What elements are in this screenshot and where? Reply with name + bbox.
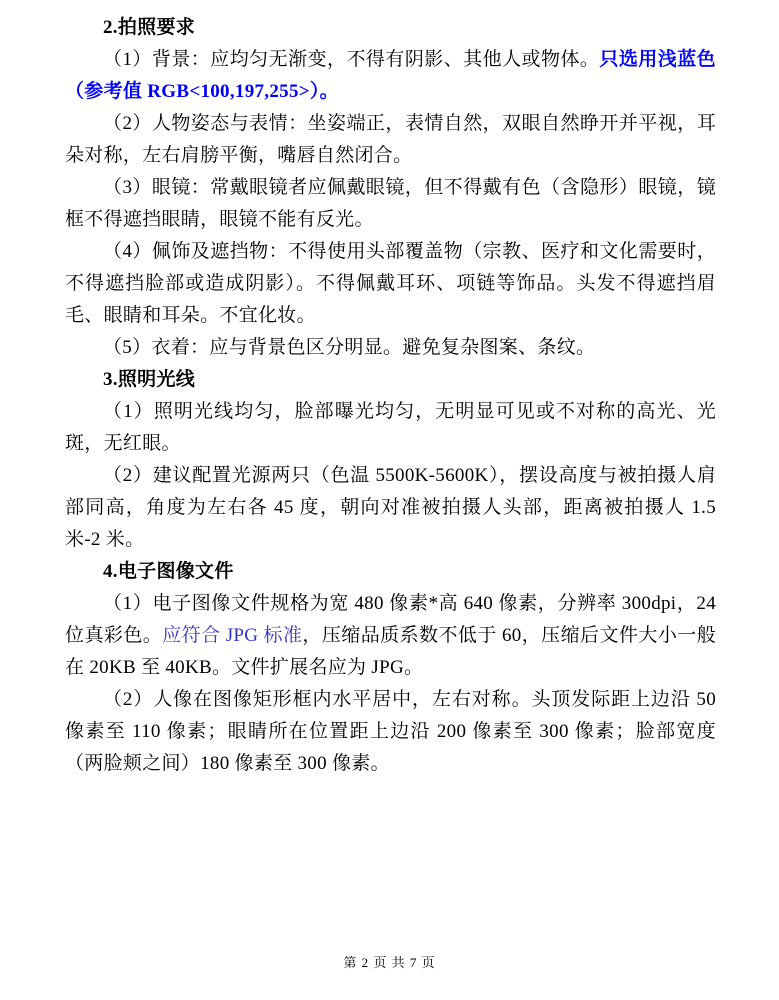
text-run: （3）眼镜：常戴眼镜者应佩戴眼镜，但不得戴有色（含隐形）眼镜，镜框不得遮挡眼睛，…: [65, 177, 716, 230]
text-run: （2）人像在图像矩形框内水平居中，左右对称。头顶发际距上边沿 50 像素至 11…: [65, 689, 716, 774]
paragraph: （2）人物姿态与表情：坐姿端正，表情自然，双眼自然睁开并平视，耳朵对称，左右肩膀…: [65, 108, 716, 172]
paragraph: （1）背景：应均匀无渐变，不得有阴影、其他人或物体。只选用浅蓝色（参考值 RGB…: [65, 44, 716, 108]
page-number-footer: 第 2 页 共 7 页: [0, 952, 779, 971]
text-run: 4.电子图像文件: [103, 561, 234, 582]
text-run: （4）佩饰及遮挡物：不得使用头部覆盖物（宗教、医疗和文化需要时，不得遮挡脸部或造…: [65, 241, 716, 326]
text-run: 2.拍照要求: [103, 17, 195, 38]
text-run: （2）人物姿态与表情：坐姿端正，表情自然，双眼自然睁开并平视，耳朵对称，左右肩膀…: [65, 113, 716, 166]
paragraph: （1）电子图像文件规格为宽 480 像素*高 640 像素，分辨率 300dpi…: [65, 588, 716, 684]
section-heading: 4.电子图像文件: [65, 556, 716, 588]
paragraph: （1）照明光线均匀，脸部曝光均匀，无明显可见或不对称的高光、光斑，无红眼。: [65, 396, 716, 460]
paragraph: （4）佩饰及遮挡物：不得使用头部覆盖物（宗教、医疗和文化需要时，不得遮挡脸部或造…: [65, 236, 716, 332]
text-run: （2）建议配置光源两只（色温 5500K-5600K），摆设高度与被拍摄人肩部同…: [65, 465, 716, 550]
document-page: 2.拍照要求（1）背景：应均匀无渐变，不得有阴影、其他人或物体。只选用浅蓝色（参…: [0, 0, 779, 1000]
text-run: 3.照明光线: [103, 369, 195, 390]
paragraph: （2）人像在图像矩形框内水平居中，左右对称。头顶发际距上边沿 50 像素至 11…: [65, 684, 716, 780]
document-body: 2.拍照要求（1）背景：应均匀无渐变，不得有阴影、其他人或物体。只选用浅蓝色（参…: [65, 12, 716, 780]
highlighted-text: 应符合 JPG 标准: [162, 625, 302, 646]
section-heading: 3.照明光线: [65, 364, 716, 396]
paragraph: （3）眼镜：常戴眼镜者应佩戴眼镜，但不得戴有色（含隐形）眼镜，镜框不得遮挡眼睛，…: [65, 172, 716, 236]
text-run: （1）照明光线均匀，脸部曝光均匀，无明显可见或不对称的高光、光斑，无红眼。: [65, 401, 716, 454]
paragraph: （5）衣着：应与背景色区分明显。避免复杂图案、条纹。: [65, 332, 716, 364]
paragraph: （2）建议配置光源两只（色温 5500K-5600K），摆设高度与被拍摄人肩部同…: [65, 460, 716, 556]
text-run: （5）衣着：应与背景色区分明显。避免复杂图案、条纹。: [103, 337, 595, 358]
text-run: （1）背景：应均匀无渐变，不得有阴影、其他人或物体。: [103, 49, 599, 70]
section-heading: 2.拍照要求: [65, 12, 716, 44]
